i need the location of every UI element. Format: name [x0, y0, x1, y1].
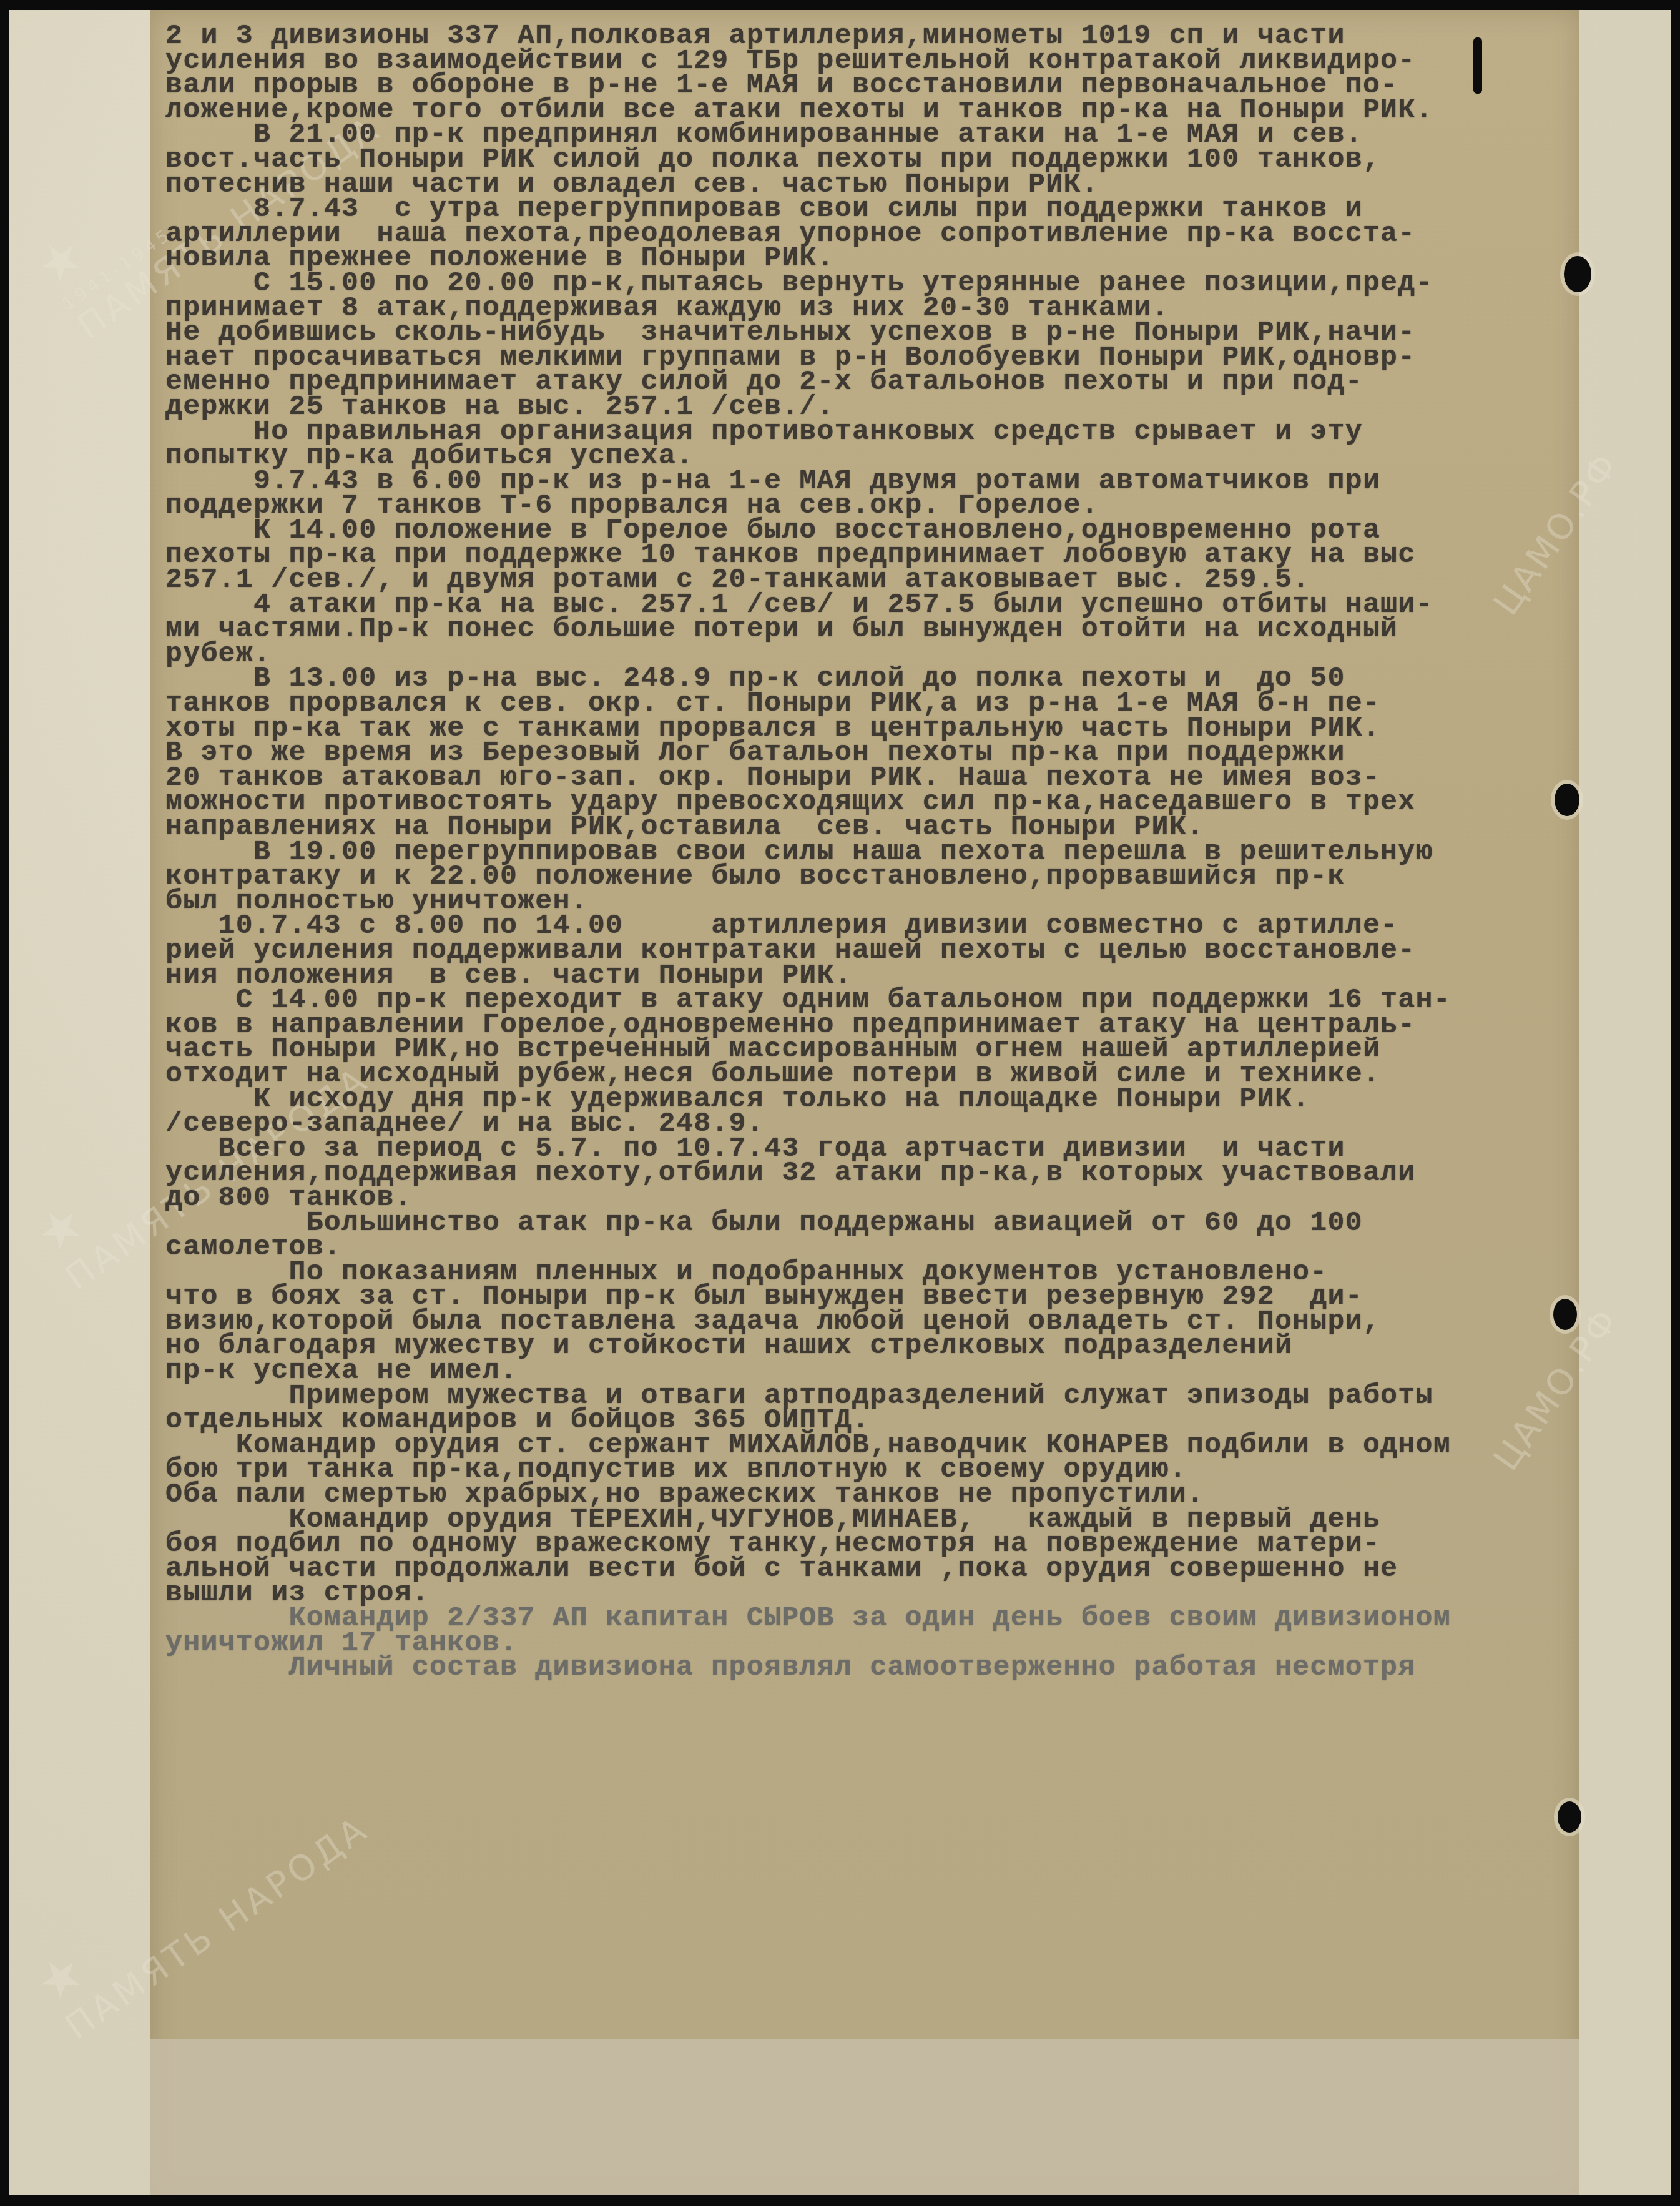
text-line: Большинство атак пр-ка были поддержаны а…: [165, 1211, 1570, 1236]
typewritten-text: 2 и 3 дивизионы 337 АП,полковая артиллер…: [165, 24, 1570, 1680]
text-line: ми частями.Пр-к понес большие потери и б…: [165, 617, 1570, 642]
punch-hole: [1558, 1801, 1581, 1833]
document-sheet-lower-patch: [150, 2039, 1579, 2195]
text-line: Личный состав дивизиона проявлял самоотв…: [165, 1655, 1570, 1680]
